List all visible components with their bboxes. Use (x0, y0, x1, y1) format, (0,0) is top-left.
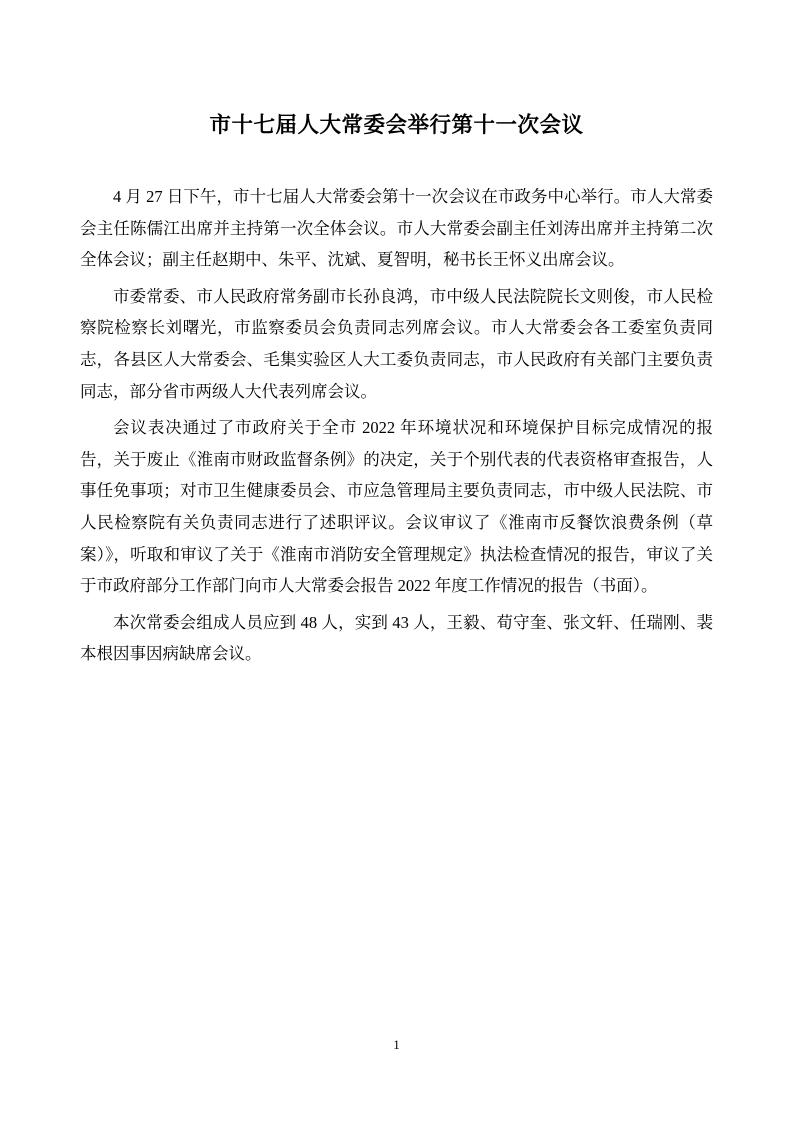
paragraph-attendance-leaders: 4 月 27 日下午，市十七届人大常委会第十一次会议在市政务中心举行。市人大常委… (80, 181, 713, 276)
paragraph-attendance-count: 本次常委会组成人员应到 48 人，实到 43 人，王毅、荀守奎、张文轩、任瑞刚、… (80, 607, 713, 670)
document-page: 市十七届人大常委会举行第十一次会议 4 月 27 日下午，市十七届人大常委会第十… (0, 0, 793, 1122)
document-title: 市十七届人大常委会举行第十一次会议 (80, 110, 713, 141)
page-number: 1 (0, 1037, 793, 1053)
paragraph-observers: 市委常委、市人民政府常务副市长孙良鸿，市中级人民法院院长文则俊，市人民检察院检察… (80, 281, 713, 407)
document-body: 市十七届人大常委会举行第十一次会议 4 月 27 日下午，市十七届人大常委会第十… (80, 110, 713, 675)
paragraph-resolutions: 会议表决通过了市政府关于全市 2022 年环境状况和环境保护目标完成情况的报告，… (80, 412, 713, 602)
